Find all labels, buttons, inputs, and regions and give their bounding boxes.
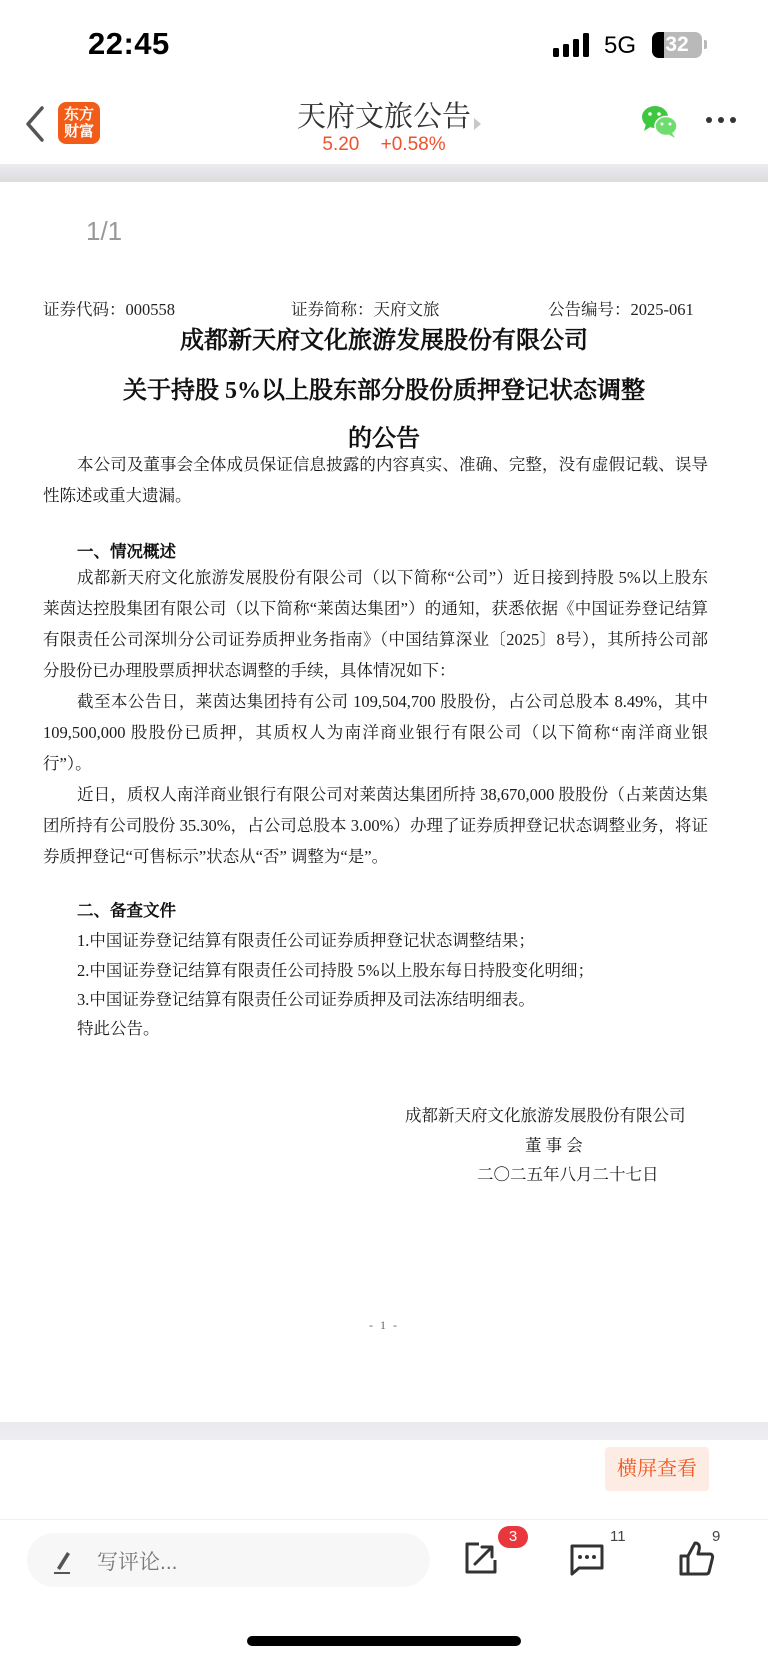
section-1-paragraph-2: 截至本公告日，莱茵达集团持有公司 109,504,700 股股份，占公司总股本 … xyxy=(43,686,708,779)
landscape-view-button[interactable]: 横屏查看 xyxy=(605,1447,709,1491)
document-viewer[interactable]: 1/1 证券代码：000558 证券简称：天府文旅 公告编号：2025-061 … xyxy=(0,182,768,1422)
page-number: - 1 - xyxy=(0,1318,768,1333)
caret-right-icon[interactable] xyxy=(474,118,481,130)
bottom-bar-divider xyxy=(0,1519,768,1520)
battery-icon: 32 xyxy=(652,32,702,58)
notice-number: 公告编号：2025-061 xyxy=(548,296,694,320)
signature-board: 董 事 会 xyxy=(525,1132,583,1156)
more-button[interactable] xyxy=(706,112,738,128)
battery-tip xyxy=(704,40,707,49)
doc-title-line-2: 关于持股 5%以上股东部分股份质押登记状态调整 xyxy=(0,370,768,405)
section-2-heading: 二、备查文件 xyxy=(77,897,176,921)
signal-icon xyxy=(553,33,593,57)
like-button[interactable] xyxy=(677,1538,717,1578)
share-icon xyxy=(461,1538,501,1578)
doc-title-line-3: 的公告 xyxy=(0,418,768,453)
stock-price: 5.20 xyxy=(322,134,359,155)
stock-short-name: 证券简称：天府文旅 xyxy=(291,296,440,320)
section-1-heading: 一、情况概述 xyxy=(77,538,176,562)
more-dot-icon xyxy=(718,117,724,123)
share-button[interactable] xyxy=(461,1538,501,1578)
share-badge: 3 xyxy=(498,1526,528,1548)
status-bar: 22:45 5G 32 xyxy=(0,0,768,90)
nav-bar: 东方 财富 天府文旅公告 5.20 +0.58% xyxy=(0,90,768,164)
thumbs-up-icon xyxy=(677,1538,717,1578)
stock-code: 证券代码：000558 xyxy=(43,296,175,320)
comment-placeholder: 写评论... xyxy=(97,1546,178,1576)
comment-count: 11 xyxy=(610,1528,626,1545)
wechat-icon xyxy=(640,104,680,140)
comment-button[interactable] xyxy=(567,1538,607,1578)
reference-item-2: 2.中国证券登记结算有限责任公司持股 5%以上股东每日持股变化明细； xyxy=(77,957,594,981)
page-indicator: 1/1 xyxy=(86,216,122,247)
reference-item-1: 1.中国证券登记结算有限责任公司证券质押登记状态调整结果； xyxy=(77,927,535,951)
doc-top-divider xyxy=(0,164,768,182)
status-time: 22:45 xyxy=(88,26,170,62)
comment-icon xyxy=(567,1538,607,1578)
like-count: 9 xyxy=(712,1528,720,1545)
doc-title-line-1: 成都新天府文化旅游发展股份有限公司 xyxy=(0,320,768,355)
signature-date: 二〇二五年八月二十七日 xyxy=(477,1161,659,1185)
reference-item-3: 3.中国证券登记结算有限责任公司证券质押及司法冻结明细表。 xyxy=(77,986,535,1010)
more-dot-icon xyxy=(730,117,736,123)
closing-text: 特此公告。 xyxy=(77,1015,160,1039)
comment-input[interactable]: 写评论... xyxy=(27,1533,430,1587)
wechat-share-button[interactable] xyxy=(640,104,680,140)
doc-bottom-divider xyxy=(0,1422,768,1440)
more-dot-icon xyxy=(706,117,712,123)
home-indicator[interactable] xyxy=(247,1636,521,1646)
pen-icon xyxy=(49,1547,77,1575)
section-1-paragraph-3: 近日，质权人南洋商业银行有限公司对莱茵达集团所持 38,670,000 股股份（… xyxy=(43,779,708,872)
section-1-paragraph-1: 成都新天府文化旅游发展股份有限公司（以下简称“公司”）近日接到持股 5%以上股东… xyxy=(43,562,708,686)
stock-change: +0.58% xyxy=(381,134,446,155)
signature-company: 成都新天府文化旅游发展股份有限公司 xyxy=(405,1102,686,1126)
network-type: 5G xyxy=(604,32,636,60)
battery-level: 32 xyxy=(652,33,702,57)
declaration-paragraph: 本公司及董事会全体成员保证信息披露的内容真实、准确、完整，没有虚假记载、误导性陈… xyxy=(43,449,708,511)
